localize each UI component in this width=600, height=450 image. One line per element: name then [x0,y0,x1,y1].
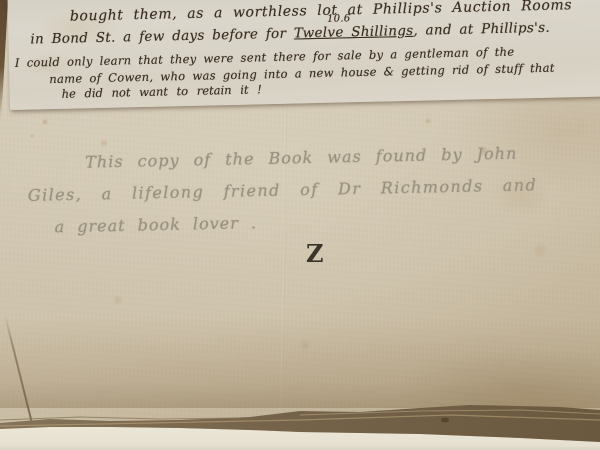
edge-knot [441,418,449,423]
pasted-ink-note: not paid … … … bought them, as a worthle… [7,0,600,110]
revised-price: 10.6 [327,13,351,25]
ink-note-line-3-prefix: in Bond St. a few days before for [30,26,294,48]
price-revision: 10.6Twelve Shillings [294,23,414,42]
pencil-line-2: Giles, a lifelong friend of Dr Richmonds… [28,175,538,205]
ink-note-line-3-suffix: , and at Phillips's. [413,20,550,39]
ink-note-line-3: in Bond St. a few days before for 10.6Tw… [30,20,550,48]
pencil-inscription: This copy of the Book was found by John … [27,134,589,256]
signature-mark-z: Z [306,242,324,266]
photograph-of-book-page: not paid … … … bought them, as a worthle… [0,0,600,450]
original-price-underlined: Twelve Shillings [294,23,414,42]
pencil-line-1: This copy of the Book was found by John [85,144,517,172]
pencil-line-3: a great book lover . [54,213,257,236]
page-bottom-edge [0,390,600,450]
